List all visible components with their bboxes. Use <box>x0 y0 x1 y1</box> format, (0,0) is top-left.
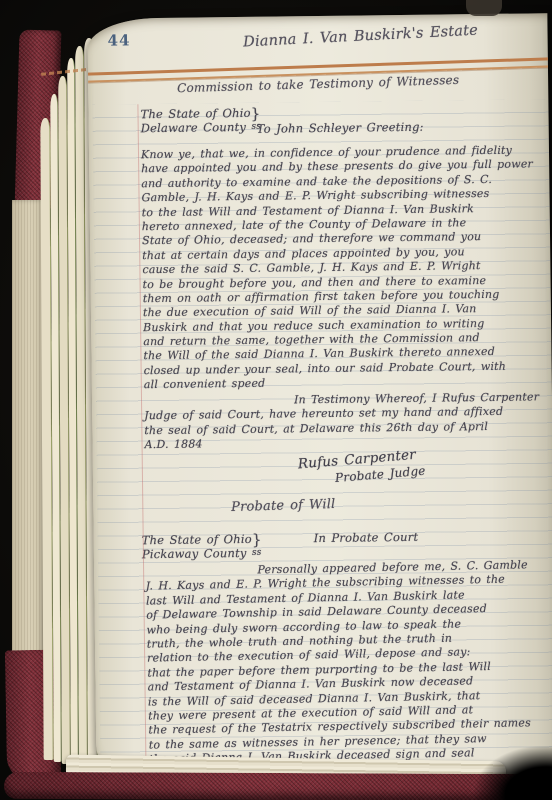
testimony-block: In Testimony Whereof, I Rufus CarpenterJ… <box>144 390 549 452</box>
venue-block-probate: The State of Ohio} Pickaway County ss <box>142 532 262 561</box>
commission-body: Know ye, that we, in confidence of your … <box>141 143 548 393</box>
ledger-page: 44 Dianna I. Van Buskirk's Estate Commis… <box>87 13 552 783</box>
venue-ss: ss <box>252 548 262 558</box>
probate-body: Personally appeared before me, S. C. Gam… <box>145 558 552 767</box>
venue-block-commission: The State of Ohio} Delaware County ss <box>140 106 261 135</box>
venue-county: Pickaway County ss <box>142 546 262 561</box>
venue-state: The State of Ohio} <box>142 532 262 547</box>
estate-title: Dianna I. Van Buskirk's Estate <box>197 20 523 52</box>
binding-shadow <box>466 0 502 16</box>
book-spine-cloth <box>12 200 44 662</box>
venue-state: The State of Ohio} <box>140 106 261 121</box>
probate-court-label: In Probate Court <box>314 530 419 545</box>
photo-background: 44 Dianna I. Van Buskirk's Estate Commis… <box>0 0 552 800</box>
venue-county: Delaware County ss <box>141 120 262 135</box>
page-number: 44 <box>108 31 131 49</box>
book-cover-bottom-edge <box>4 772 552 800</box>
corner-shadow <box>474 746 552 800</box>
probate-heading: Probate of Will <box>123 494 443 518</box>
greeting-line: To John Schleyer Greeting: <box>257 120 424 136</box>
